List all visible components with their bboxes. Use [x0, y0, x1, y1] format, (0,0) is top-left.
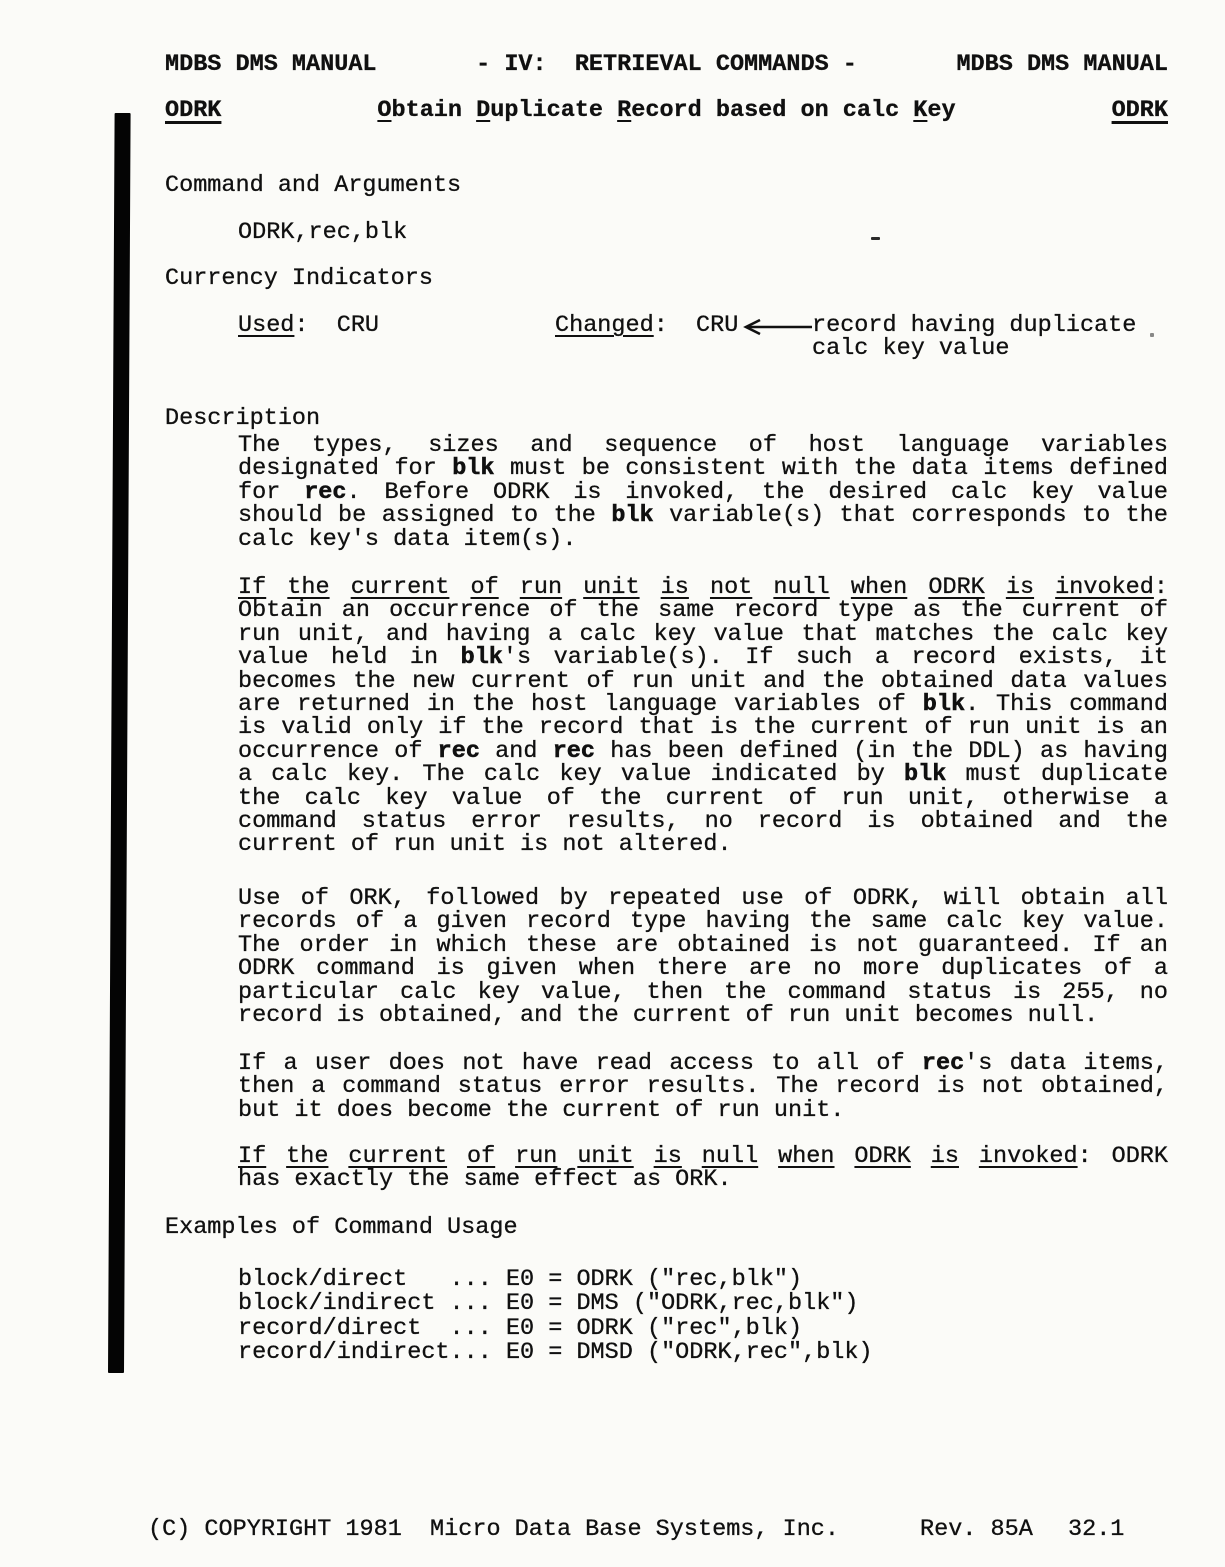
text-line: a calc key. The calc key value indicated…: [238, 763, 1168, 786]
text-line: run unit, and having a calc key value th…: [238, 623, 1168, 646]
scan-artifact: [871, 237, 880, 240]
footer-revision: Rev. 85A: [920, 1518, 1033, 1541]
text-line: particular calc key value, then the comm…: [238, 981, 1168, 1004]
text-line: then a command status error results. The…: [238, 1075, 1168, 1098]
currency-changed: Changed: CRU: [555, 314, 738, 337]
text-line: Use of ORK, followed by repeated use of …: [238, 887, 1168, 910]
text-line: occurrence of rec and rec has been defin…: [238, 740, 1168, 763]
text-line: ODRK command is given when there are no …: [238, 957, 1168, 980]
text-line: calc key's data item(s).: [238, 528, 1168, 551]
header-left: MDBS DMS MANUAL: [165, 53, 377, 76]
title-row: ODRK Obtain Duplicate Record based on ca…: [165, 99, 1168, 122]
description-heading: Description: [165, 407, 320, 430]
description-paragraph-1: The types, sizes and sequence of host la…: [238, 434, 1168, 551]
text-line: but it does become the current of run un…: [238, 1099, 1168, 1122]
currency-used: Used: CRU: [238, 314, 379, 337]
text-line: The order in which these are obtained is…: [238, 934, 1168, 957]
text-line: block/direct ... E0 = ODRK ("rec,blk"): [238, 1268, 873, 1292]
text-line: record is obtained, and the current of r…: [238, 1004, 1168, 1027]
examples-lines: block/direct ... E0 = ODRK ("rec,blk")bl…: [238, 1268, 873, 1365]
text-line: If a user does not have read access to a…: [238, 1052, 1168, 1075]
text-line: designated for blk must be consistent wi…: [238, 457, 1168, 480]
text-line: records of a given record type having th…: [238, 910, 1168, 933]
header-right: MDBS DMS MANUAL: [956, 53, 1168, 76]
header-center: - IV: RETRIEVAL COMMANDS -: [476, 53, 857, 76]
text-line: If the current of run unit is not null w…: [238, 576, 1168, 599]
footer-copyright: (C) COPYRIGHT 1981 Micro Data Base Syste…: [148, 1518, 839, 1541]
command-arguments-heading: Command and Arguments: [165, 174, 461, 197]
scan-artifact: [1150, 333, 1154, 337]
description-paragraph-5: If the current of run unit is null when …: [238, 1145, 1168, 1192]
description-paragraph-3: Use of ORK, followed by repeated use of …: [238, 887, 1168, 1027]
manual-page: MDBS DMS MANUAL - IV: RETRIEVAL COMMANDS…: [0, 0, 1225, 1567]
text-line: value held in blk's variable(s). If such…: [238, 646, 1168, 669]
page-header: MDBS DMS MANUAL - IV: RETRIEVAL COMMANDS…: [165, 53, 1168, 76]
text-line: The types, sizes and sequence of host la…: [238, 434, 1168, 457]
footer-page-number: 32.1: [1068, 1518, 1124, 1541]
page-title: Obtain Duplicate Record based on calc Ke…: [377, 99, 955, 122]
text-line: If the current of run unit is null when …: [238, 1145, 1168, 1168]
text-line: block/indirect ... E0 = DMS ("ODRK,rec,b…: [238, 1292, 873, 1316]
command-name-right: ODRK: [1112, 99, 1168, 122]
text-line: record/direct ... E0 = ODRK ("rec",blk): [238, 1317, 873, 1341]
text-line: Obtain an occurrence of the same record …: [238, 599, 1168, 622]
currency-indicators-heading: Currency Indicators: [165, 267, 433, 290]
text-line: the calc key value of the current of run…: [238, 787, 1168, 810]
text-line: record/indirect... E0 = DMSD ("ODRK,rec"…: [238, 1341, 873, 1365]
binding-bar: [108, 113, 131, 1373]
description-paragraph-4: If a user does not have read access to a…: [238, 1052, 1168, 1122]
description-paragraph-2: If the current of run unit is not null w…: [238, 576, 1168, 857]
examples-heading: Examples of Command Usage: [165, 1216, 518, 1239]
command-syntax: ODRK,rec,blk: [238, 221, 407, 244]
text-line: current of run unit is not altered.: [238, 833, 1168, 856]
command-name-left: ODRK: [165, 99, 221, 122]
text-line: should be assigned to the blk variable(s…: [238, 504, 1168, 527]
currency-annotation: record having duplicatecalc key value: [812, 314, 1168, 361]
text-line: is valid only if the record that is the …: [238, 716, 1168, 739]
text-line: record having duplicate: [812, 314, 1168, 337]
text-line: for rec. Before ODRK is invoked, the des…: [238, 481, 1168, 504]
left-arrow-icon: [741, 317, 812, 337]
text-line: has exactly the same effect as ORK.: [238, 1168, 1168, 1191]
text-line: are returned in the host language variab…: [238, 693, 1168, 716]
text-line: becomes the new current of run unit and …: [238, 670, 1168, 693]
text-line: calc key value: [812, 337, 1168, 360]
text-line: command status error results, no record …: [238, 810, 1168, 833]
